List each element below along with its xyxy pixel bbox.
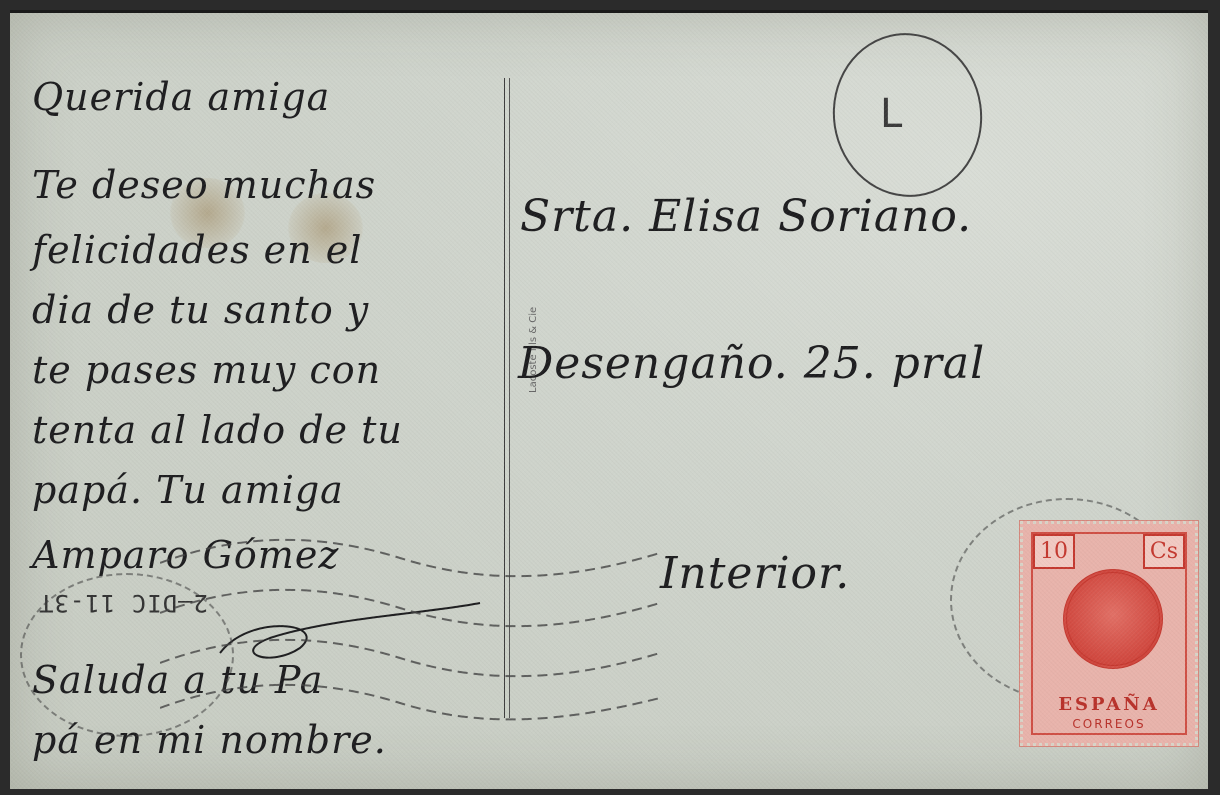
message-line: dia de tu santo y — [32, 288, 369, 332]
message-line: Te deseo muchas — [32, 163, 376, 207]
wavy-cancellation — [160, 523, 720, 723]
postcard-back: Lacoste fils & Cie Querida amiga Te dese… — [10, 10, 1208, 789]
stamp-country: ESPAÑA — [1035, 694, 1183, 715]
stamp-unit: Cs — [1143, 534, 1185, 569]
address-city: Interior. — [660, 548, 850, 599]
message-line: tenta al lado de tu — [32, 408, 403, 452]
postage-stamp: 10 Cs ESPAÑA CORREOS — [1020, 521, 1198, 746]
pencil-letter: L — [880, 91, 902, 137]
message-line: te pases muy con — [32, 348, 381, 392]
address-recipient: Srta. Elisa Soriano. — [520, 191, 972, 242]
stamp-value: 10 — [1033, 534, 1075, 569]
king-portrait-icon — [1063, 569, 1163, 669]
address-street: Desengaño. 25. pral — [518, 338, 985, 389]
message-line: Querida amiga — [32, 75, 330, 119]
stamp-label: CORREOS — [1023, 717, 1195, 731]
message-line: papá. Tu amiga — [32, 468, 344, 512]
pencil-circle-mark — [822, 23, 992, 206]
message-line: felicidades en el — [32, 228, 362, 272]
